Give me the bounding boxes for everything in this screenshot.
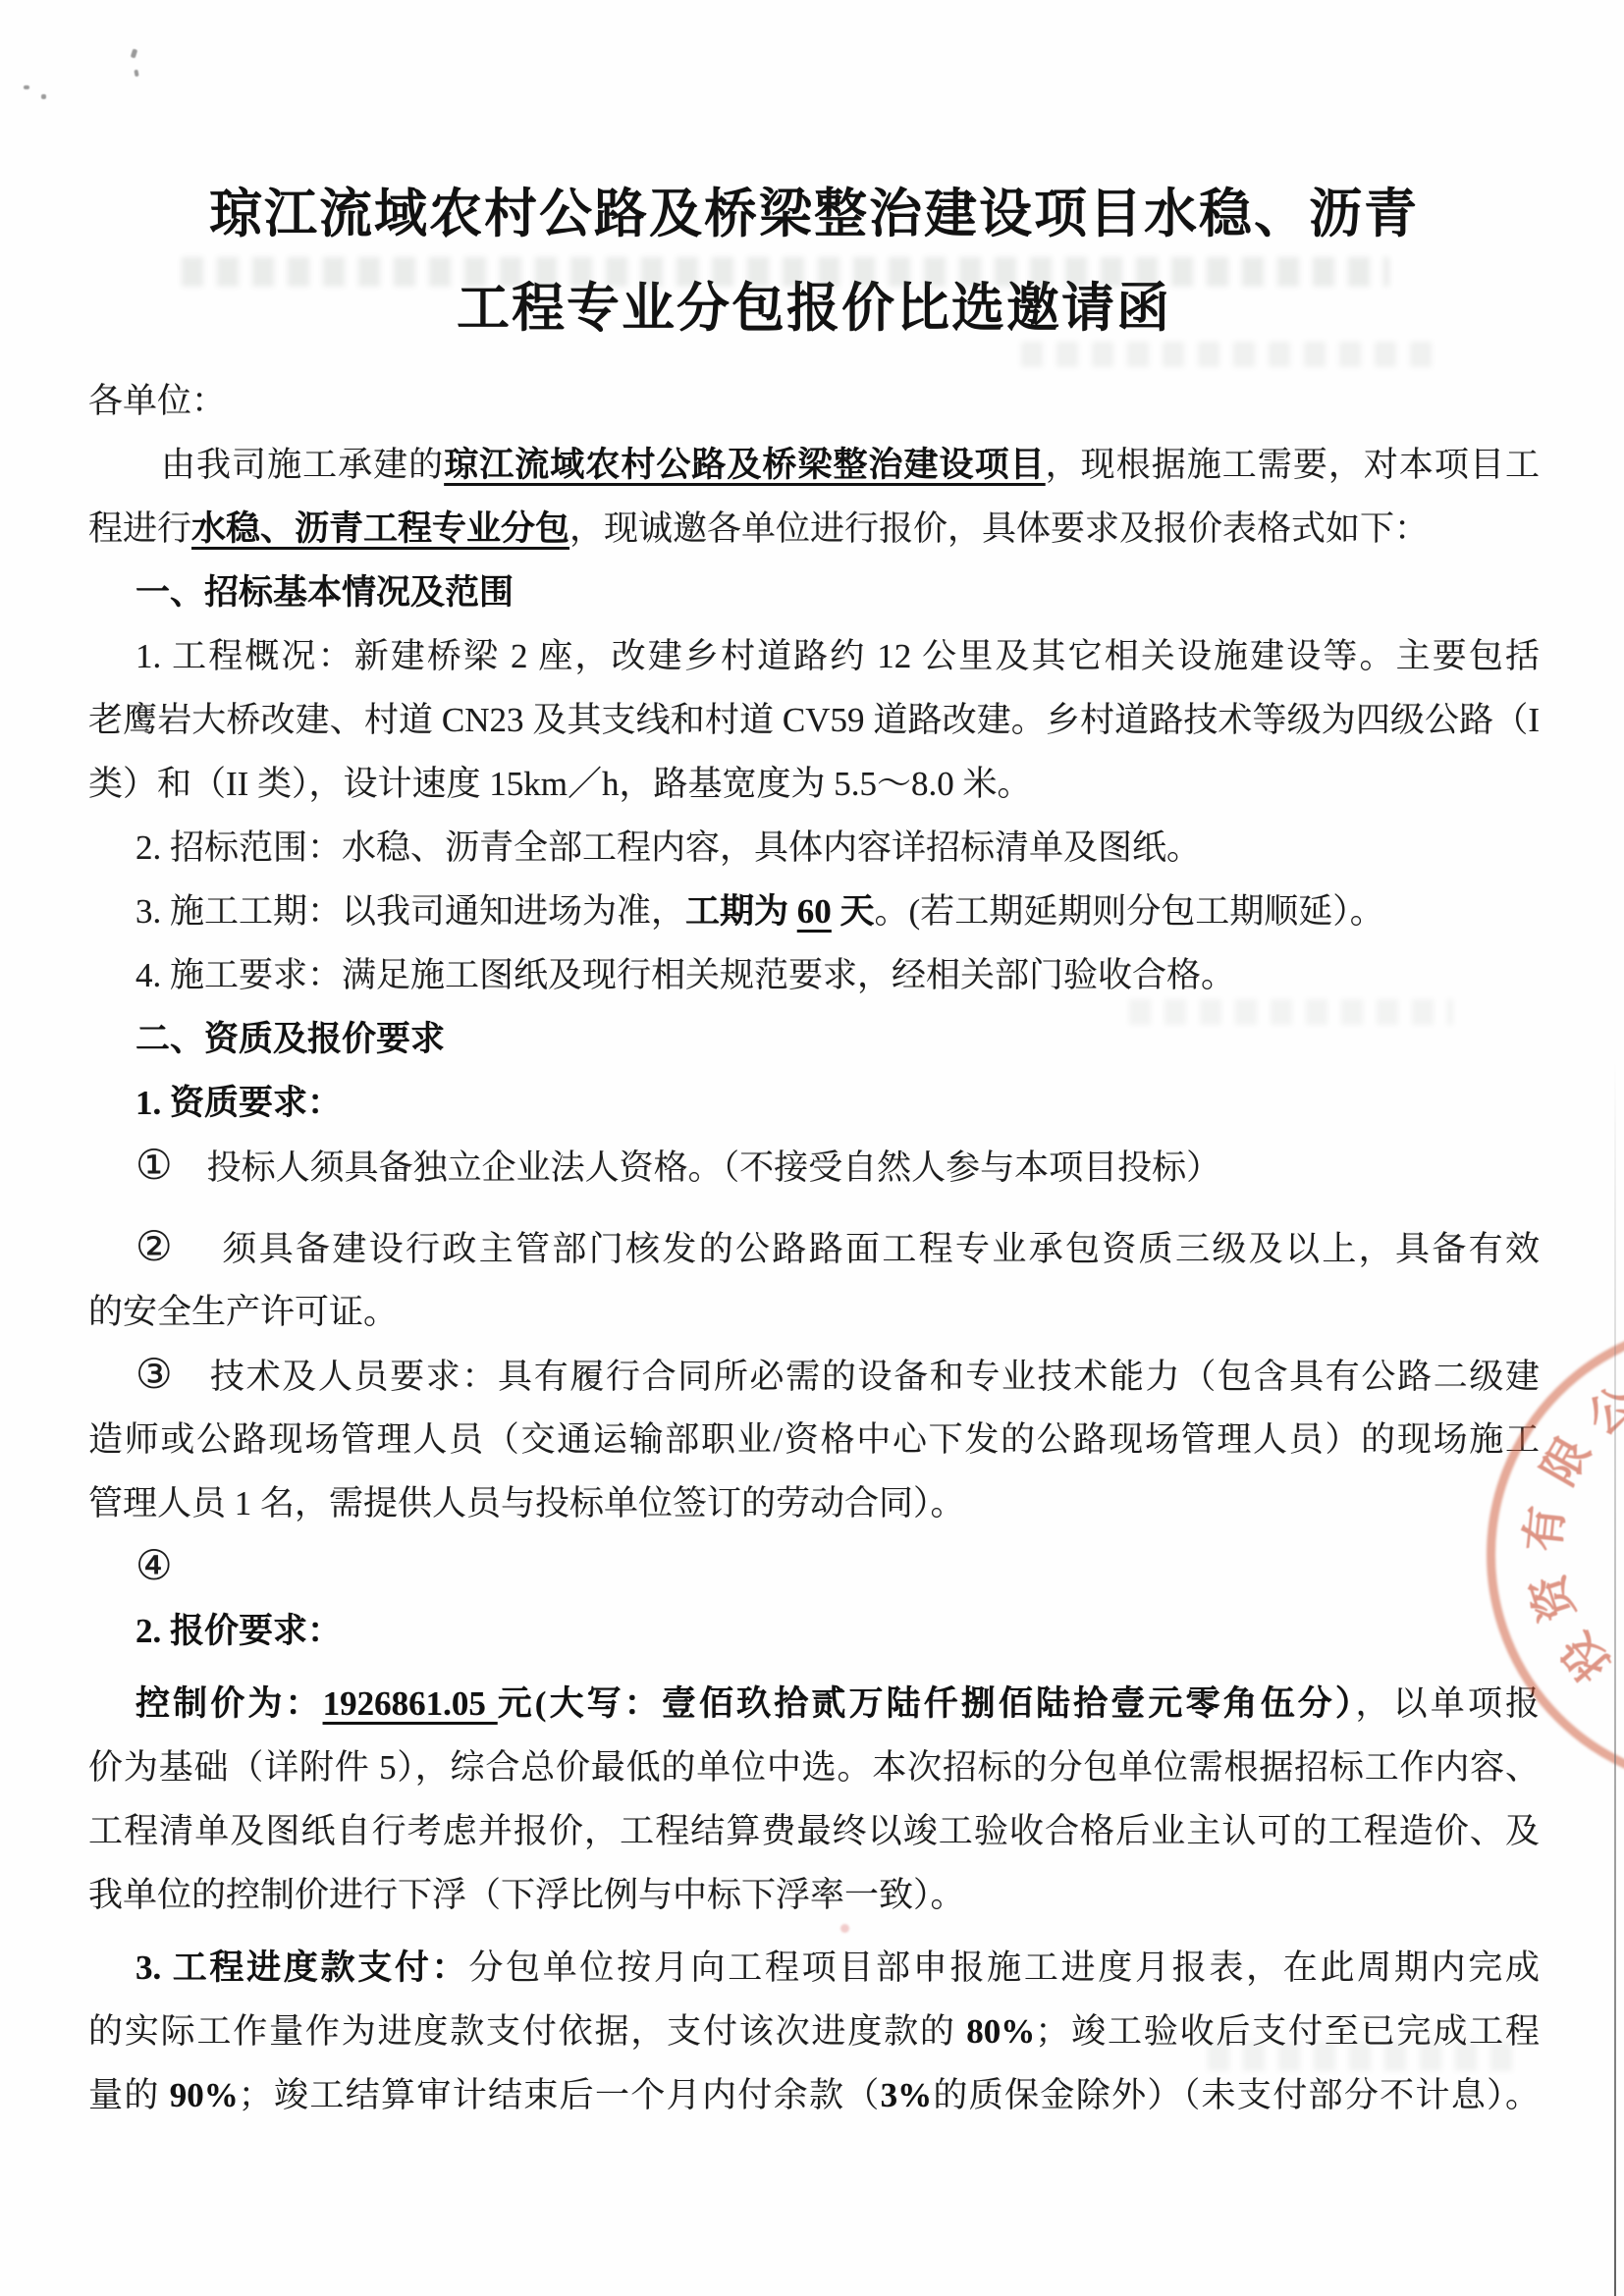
doc-text-segment: 我单位的控制价进行下浮（下浮比例与中标下浮率一致）。	[88, 1876, 965, 1914]
doc-text-segment: 1. 资质要求：	[135, 1084, 342, 1122]
doc-text-segment: 造师或公路现场管理人员（交通运输部职业/资格中心下发的公路现场管理人员）的现场施…	[88, 1420, 1540, 1459]
doc-text-segment: 老鹰岩大桥改建、村道 CN23 及其支线和村道 CV59 道路改建。乡村道路技术…	[88, 701, 1540, 739]
scan-speck	[840, 1924, 849, 1933]
doc-line: 各单位：	[88, 369, 1540, 433]
bleedthrough-artifact	[182, 257, 1389, 287]
doc-line: 2. 报价要求：	[88, 1599, 1540, 1663]
doc-text-segment: 工期为	[685, 892, 797, 931]
doc-text-segment: ，现诚邀各单位进行报价，具体要求及报价表格式如下：	[569, 509, 1429, 548]
doc-text-segment: 1926861.05	[323, 1684, 498, 1723]
doc-text-segment: 二、资质及报价要求	[135, 1020, 445, 1058]
doc-text-segment: 类）和（II 类），设计速度 15km／h，路基宽度为 5.5～8.0 米。	[88, 765, 1032, 803]
doc-text-segment: 投标人须具备独立企业法人资格。（不接受自然人参与本项目投标）	[173, 1148, 1221, 1187]
doc-text-segment: 由我司施工承建的	[161, 446, 444, 484]
document-page: 琼江流域农村公路及桥梁整治建设项目水稳、沥青 工程专业分包报价比选邀请函 各单位…	[0, 0, 1624, 2296]
doc-line: 4. 施工要求：满足施工图纸及现行相关规范要求，经相关部门验收合格。	[88, 943, 1540, 1007]
document-body: 琼江流域农村公路及桥梁整治建设项目水稳、沥青 工程专业分包报价比选邀请函 各单位…	[88, 167, 1540, 2127]
doc-line: 我单位的控制价进行下浮（下浮比例与中标下浮率一致）。	[88, 1863, 1540, 1927]
doc-text-segment: 管理人员 1 名，需提供人员与投标单位签订的劳动合同）。	[88, 1484, 965, 1522]
doc-text-segment: 3. 工程进度款支付：	[135, 1949, 468, 1987]
scan-speck	[24, 85, 29, 89]
doc-line: 1. 工程概况：新建桥梁 2 座，改建乡村道路约 12 公里及其它相关设施建设等…	[88, 624, 1540, 688]
doc-line: 的安全生产许可证。	[88, 1280, 1540, 1344]
doc-text-segment: 控制价为：	[135, 1684, 323, 1723]
document-title-line1: 琼江流域农村公路及桥梁整治建设项目水稳、沥青	[88, 167, 1540, 261]
doc-text-segment: 价为基础（详附件 5），综合总价最低的单位中选。本次招标的分包单位需根据招标工作…	[88, 1748, 1540, 1787]
doc-text-segment: ②	[135, 1225, 175, 1270]
scan-edge-line	[1614, 1060, 1616, 2296]
doc-text-segment: 元(大写：壹佰玖拾贰万陆仟捌佰陆拾壹元零角伍分）	[498, 1684, 1356, 1723]
doc-text-segment: 90%	[170, 2076, 239, 2114]
doc-text-segment: 量的	[88, 2076, 170, 2114]
doc-line: 由我司施工承建的琼江流域农村公路及桥梁整治建设项目，现根据施工需要，对本项目工	[88, 433, 1540, 497]
seal-character: 公	[1572, 1369, 1624, 1448]
doc-text-segment: 水稳、沥青工程专业分包	[191, 509, 569, 548]
doc-text-segment: ④	[135, 1544, 173, 1589]
bleedthrough-artifact	[1129, 999, 1453, 1025]
doc-text-segment: 3%	[881, 2076, 933, 2114]
doc-line: 控制价为：1926861.05 元(大写：壹佰玖拾贰万陆仟捌佰陆拾壹元零角伍分）…	[88, 1672, 1540, 1735]
doc-text-segment: 程进行	[88, 509, 191, 548]
doc-line: ② 须具备建设行政主管部门核发的公路路面工程专业承包资质三级及以上，具备有效	[88, 1216, 1540, 1280]
doc-text-segment: 80%	[966, 2012, 1035, 2051]
seal-character: 投	[1543, 1621, 1622, 1697]
doc-text-segment: 1. 工程概况：新建桥梁 2 座，改建乡村道路约 12 公里及其它相关设施建设等…	[135, 637, 1540, 675]
doc-text-segment: ③	[135, 1353, 174, 1398]
doc-line: ④	[88, 1535, 1540, 1599]
doc-line: 1. 资质要求：	[88, 1071, 1540, 1135]
scan-speck	[41, 94, 46, 99]
document-text: 各单位：由我司施工承建的琼江流域农村公路及桥梁整治建设项目，现根据施工需要，对本…	[88, 369, 1540, 2127]
doc-text-segment: 4. 施工要求：满足施工图纸及现行相关规范要求，经相关部门验收合格。	[135, 956, 1235, 994]
doc-line: 3. 施工工期：以我司通知进场为准，工期为 60 天。(若工期延期则分包工期顺延…	[88, 880, 1540, 943]
doc-line: 造师或公路现场管理人员（交通运输部职业/资格中心下发的公路现场管理人员）的现场施…	[88, 1408, 1540, 1471]
doc-line: 管理人员 1 名，需提供人员与投标单位签订的劳动合同）。	[88, 1471, 1540, 1535]
doc-text-segment: 的实际工作量作为进度款支付依据，支付该次进度款的	[88, 2012, 966, 2051]
scan-speck	[134, 70, 138, 78]
doc-text-segment: 3. 施工工期：以我司通知进场为准，	[135, 892, 685, 931]
doc-text-segment: 各单位：	[88, 382, 226, 420]
doc-line: 价为基础（详附件 5），综合总价最低的单位中选。本次招标的分包单位需根据招标工作…	[88, 1735, 1540, 1799]
doc-text-segment: 。(若工期延期则分包工期顺延）。	[875, 892, 1384, 931]
doc-line: 工程清单及图纸自行考虑并报价，工程结算费最终以竣工验收合格后业主认可的工程造价、…	[88, 1799, 1540, 1863]
doc-line: 一、招标基本情况及范围	[88, 561, 1540, 624]
doc-text-segment: 2. 招标范围：水稳、沥青全部工程内容，具体内容详招标清单及图纸。	[135, 828, 1201, 867]
scan-speck	[131, 48, 138, 58]
doc-text-segment: 60	[797, 892, 832, 931]
doc-text-segment: 技术及人员要求：具有履行合同所必需的设备和专业技术能力（包含具有公路二级建	[174, 1358, 1540, 1396]
doc-line: 2. 招标范围：水稳、沥青全部工程内容，具体内容详招标清单及图纸。	[88, 816, 1540, 880]
doc-line: 程进行水稳、沥青工程专业分包，现诚邀各单位进行报价，具体要求及报价表格式如下：	[88, 497, 1540, 561]
doc-text-segment: ①	[135, 1144, 173, 1189]
doc-text-segment: 天	[832, 892, 875, 931]
doc-text-segment: ；竣工结算审计结束后一个月内付余款（	[239, 2076, 881, 2114]
doc-text-segment: 的安全生产许可证。	[88, 1293, 398, 1331]
doc-text-segment: 须具备建设行政主管部门核发的公路路面工程专业承包资质三级及以上，具备有效	[175, 1230, 1540, 1268]
doc-line: 老鹰岩大桥改建、村道 CN23 及其支线和村道 CV59 道路改建。乡村道路技术…	[88, 688, 1540, 752]
bleedthrough-artifact	[1208, 2042, 1512, 2071]
doc-text-segment: 分包单位按月向工程项目部申报施工进度月报表，在此周期内完成	[468, 1949, 1540, 1987]
doc-line: ① 投标人须具备独立企业法人资格。（不接受自然人参与本项目投标）	[88, 1135, 1540, 1199]
doc-text-segment: 一、招标基本情况及范围	[135, 573, 514, 612]
doc-line: 类）和（II 类），设计速度 15km／h，路基宽度为 5.5～8.0 米。	[88, 752, 1540, 816]
doc-text-segment: 2. 报价要求：	[135, 1612, 342, 1650]
doc-line: ③ 技术及人员要求：具有履行合同所必需的设备和专业技术能力（包含具有公路二级建	[88, 1344, 1540, 1408]
doc-text-segment: ，以单项报	[1356, 1684, 1540, 1723]
bleedthrough-artifact	[1021, 342, 1434, 367]
doc-text-segment: 工程清单及图纸自行考虑并报价，工程结算费最终以竣工验收合格后业主认可的工程造价、…	[88, 1812, 1540, 1850]
doc-text-segment: ，现根据施工需要，对本项目工	[1046, 446, 1540, 484]
doc-text-segment: 琼江流域农村公路及桥梁整治建设项目	[444, 446, 1045, 484]
doc-line: 量的 90%；竣工结算审计结束后一个月内付余款（3%的质保金除外）（未支付部分不…	[88, 2063, 1540, 2127]
doc-line: 3. 工程进度款支付：分包单位按月向工程项目部申报施工进度月报表，在此周期内完成	[88, 1936, 1540, 2000]
doc-text-segment: 的质保金除外）（未支付部分不计息）。	[932, 2076, 1540, 2114]
